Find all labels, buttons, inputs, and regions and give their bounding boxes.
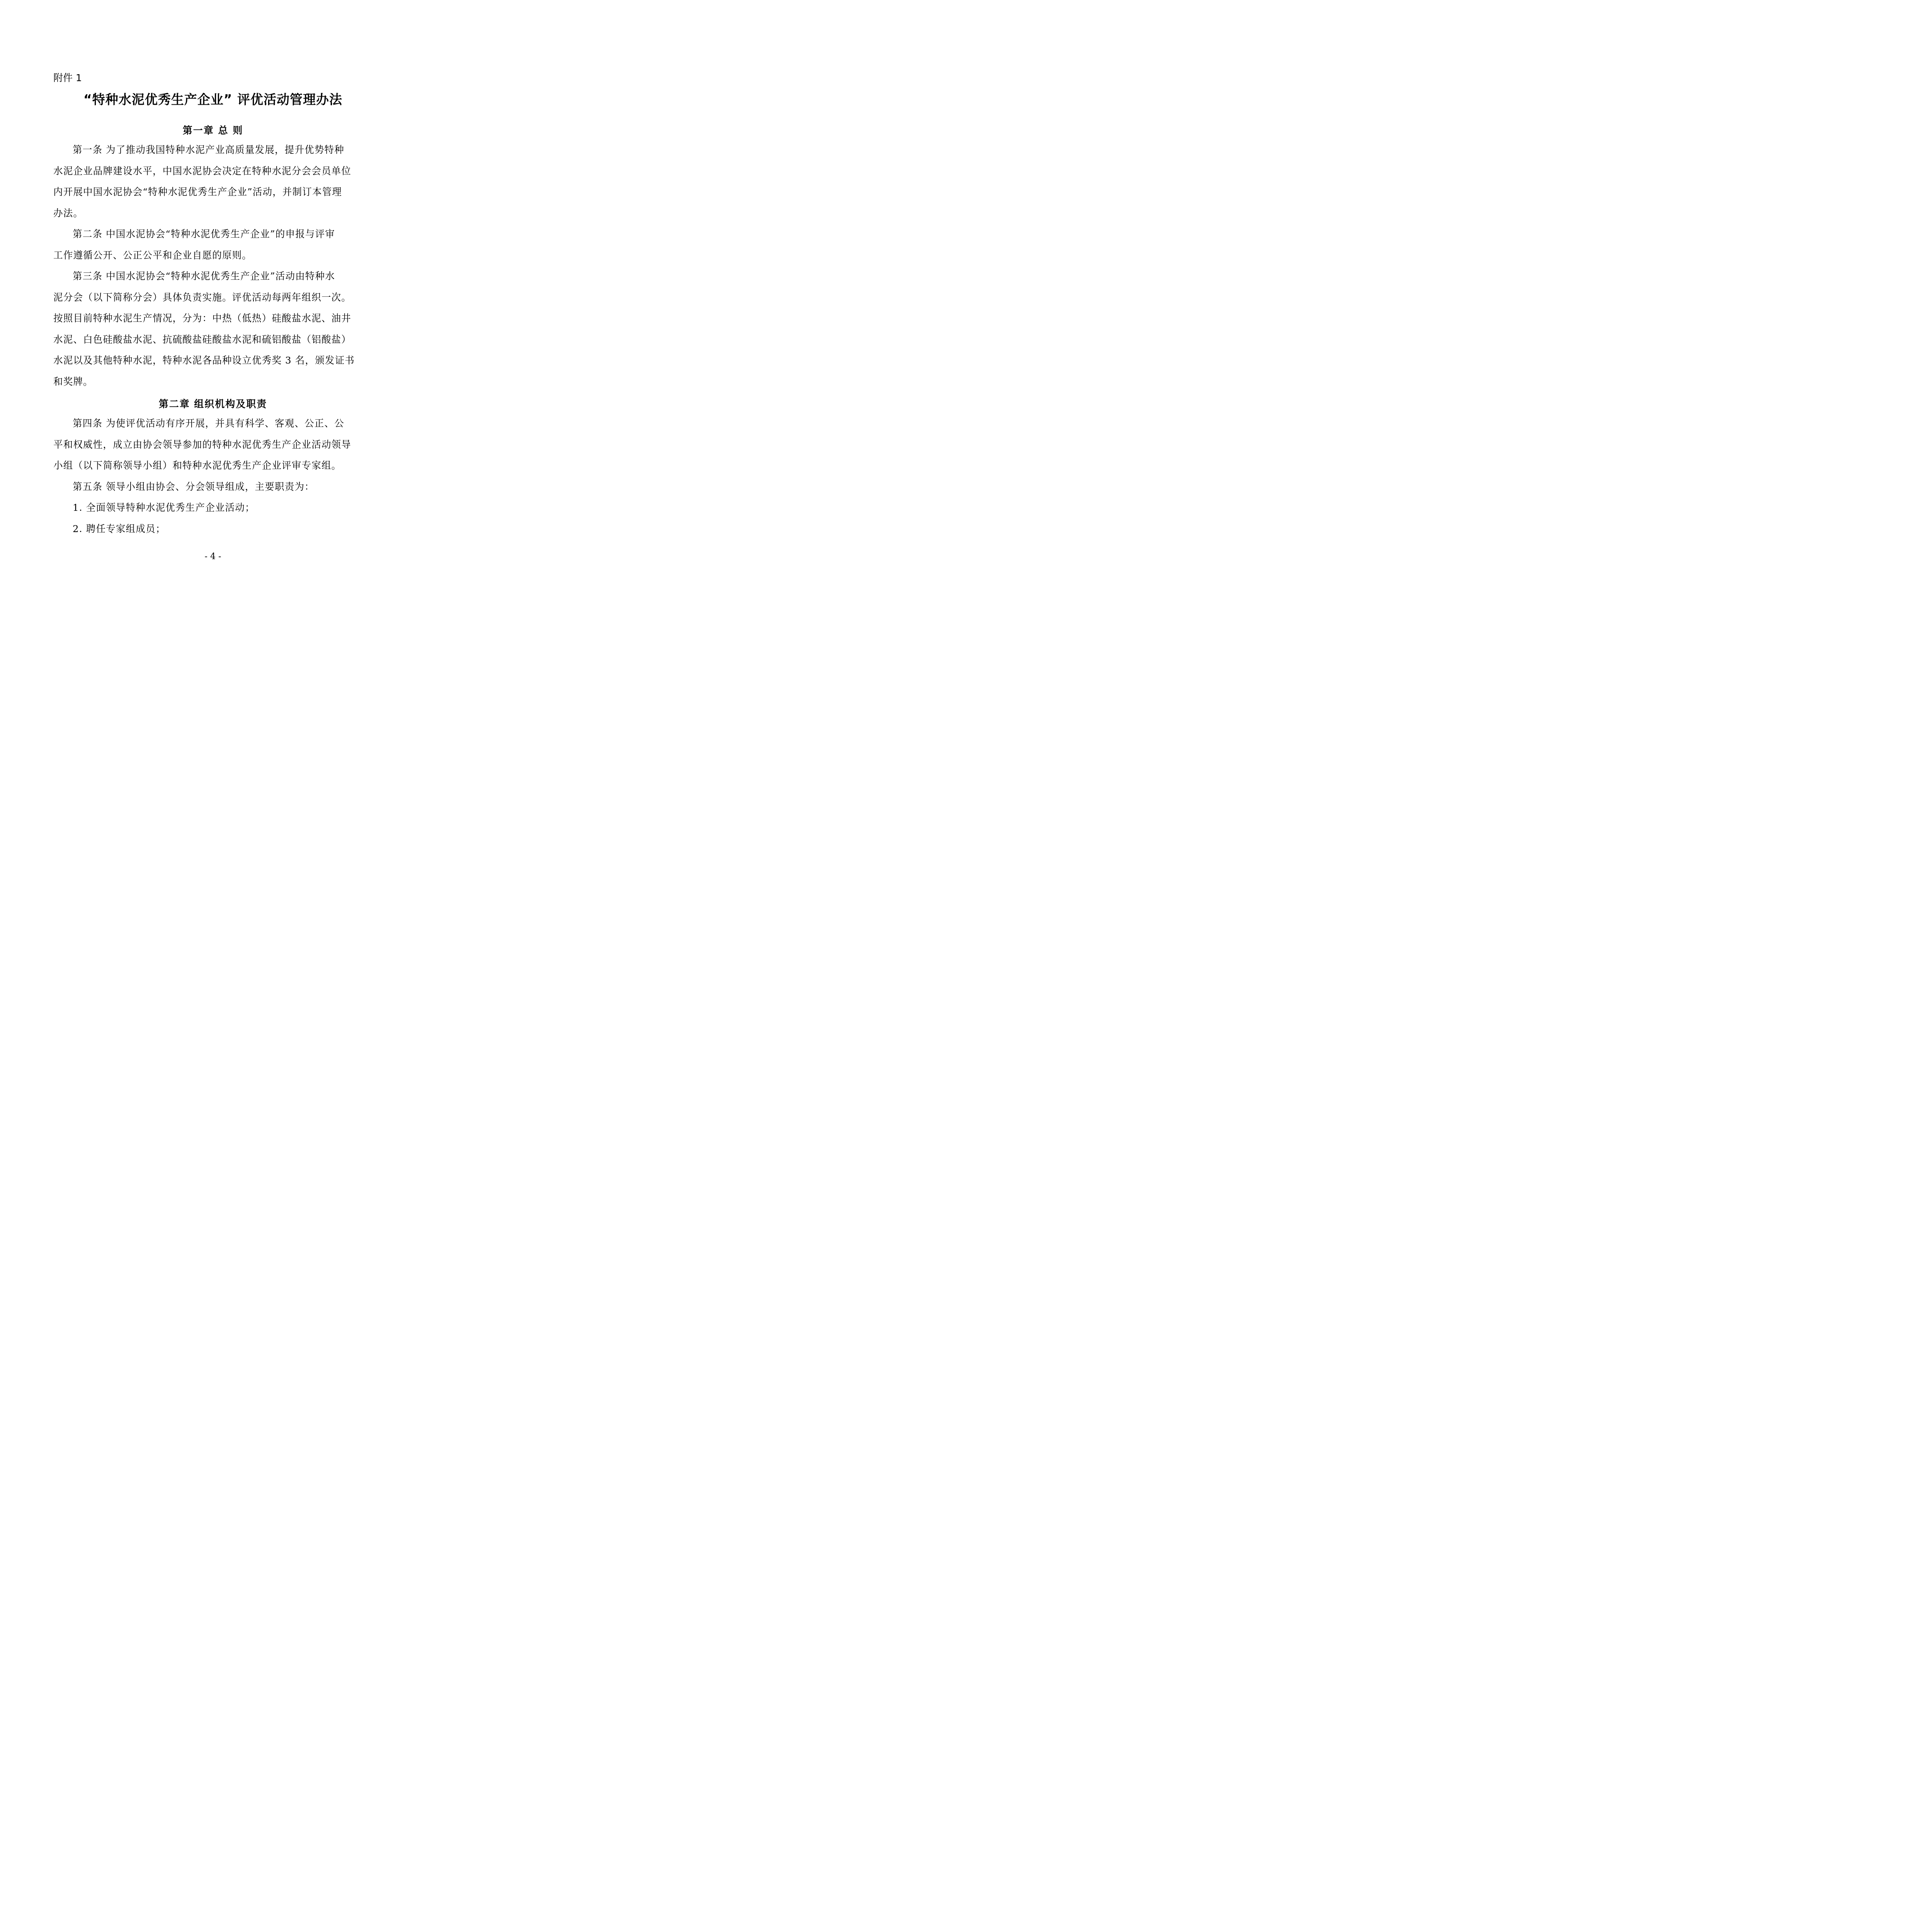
article-4-line-3: 小组（以下简称领导小组）和特种水泥优秀生产企业评审专家组。: [53, 459, 374, 472]
article-5-item-1: 1. 全面领导特种水泥优秀生产企业活动；: [73, 502, 393, 514]
document-page: 附件 1 “特种水泥优秀生产企业” 评优活动管理办法 第一章 总 则 第一条 为…: [0, 0, 426, 602]
chapter-1-heading: 第一章 总 则: [0, 123, 426, 137]
chapter-2-heading: 第二章 组织机构及职责: [0, 396, 426, 410]
article-1-line-4: 办法。: [53, 207, 374, 219]
attachment-label: 附件 1: [53, 70, 82, 84]
article-3-line-3: 按照目前特种水泥生产情况，分为：中热（低热）硅酸盐水泥、油井: [53, 312, 374, 325]
document-title: “特种水泥优秀生产企业” 评优活动管理办法: [0, 90, 426, 108]
article-1-line-1: 第一条 为了推动我国特种水泥产业高质量发展，提升优势特种: [73, 144, 393, 156]
article-1-line-3: 内开展中国水泥协会“特种水泥优秀生产企业”活动，并制订本管理: [53, 186, 374, 198]
article-3-line-6: 和奖牌。: [53, 376, 374, 388]
article-2-line-1: 第二条 中国水泥协会“特种水泥优秀生产企业”的申报与评审: [73, 228, 393, 240]
article-1-line-2: 水泥企业品牌建设水平，中国水泥协会决定在特种水泥分会会员单位: [53, 165, 374, 177]
page-number: - 4 -: [0, 552, 426, 561]
article-4-line-1: 第四条 为使评优活动有序开展，并具有科学、客观、公正、公: [73, 417, 393, 430]
article-4-line-2: 平和权威性，成立由协会领导参加的特种水泥优秀生产企业活动领导: [53, 439, 374, 451]
article-2-line-2: 工作遵循公开、公正公平和企业自愿的原则。: [53, 249, 374, 262]
article-3-line-5: 水泥以及其他特种水泥，特种水泥各品种设立优秀奖 3 名，颁发证书: [53, 354, 374, 367]
article-3-line-4: 水泥、白色硅酸盐水泥、抗硫酸盐硅酸盐水泥和硫铝酸盐（铝酸盐）: [53, 333, 374, 346]
article-5-item-2: 2. 聘任专家组成员；: [73, 523, 393, 535]
article-3-line-1: 第三条 中国水泥协会“特种水泥优秀生产企业”活动由特种水: [73, 270, 393, 282]
article-3-line-2: 泥分会（以下简称分会）具体负责实施。评优活动每两年组织一次。: [53, 291, 374, 304]
article-5-line-1: 第五条 领导小组由协会、分会领导组成，主要职责为：: [73, 481, 393, 493]
